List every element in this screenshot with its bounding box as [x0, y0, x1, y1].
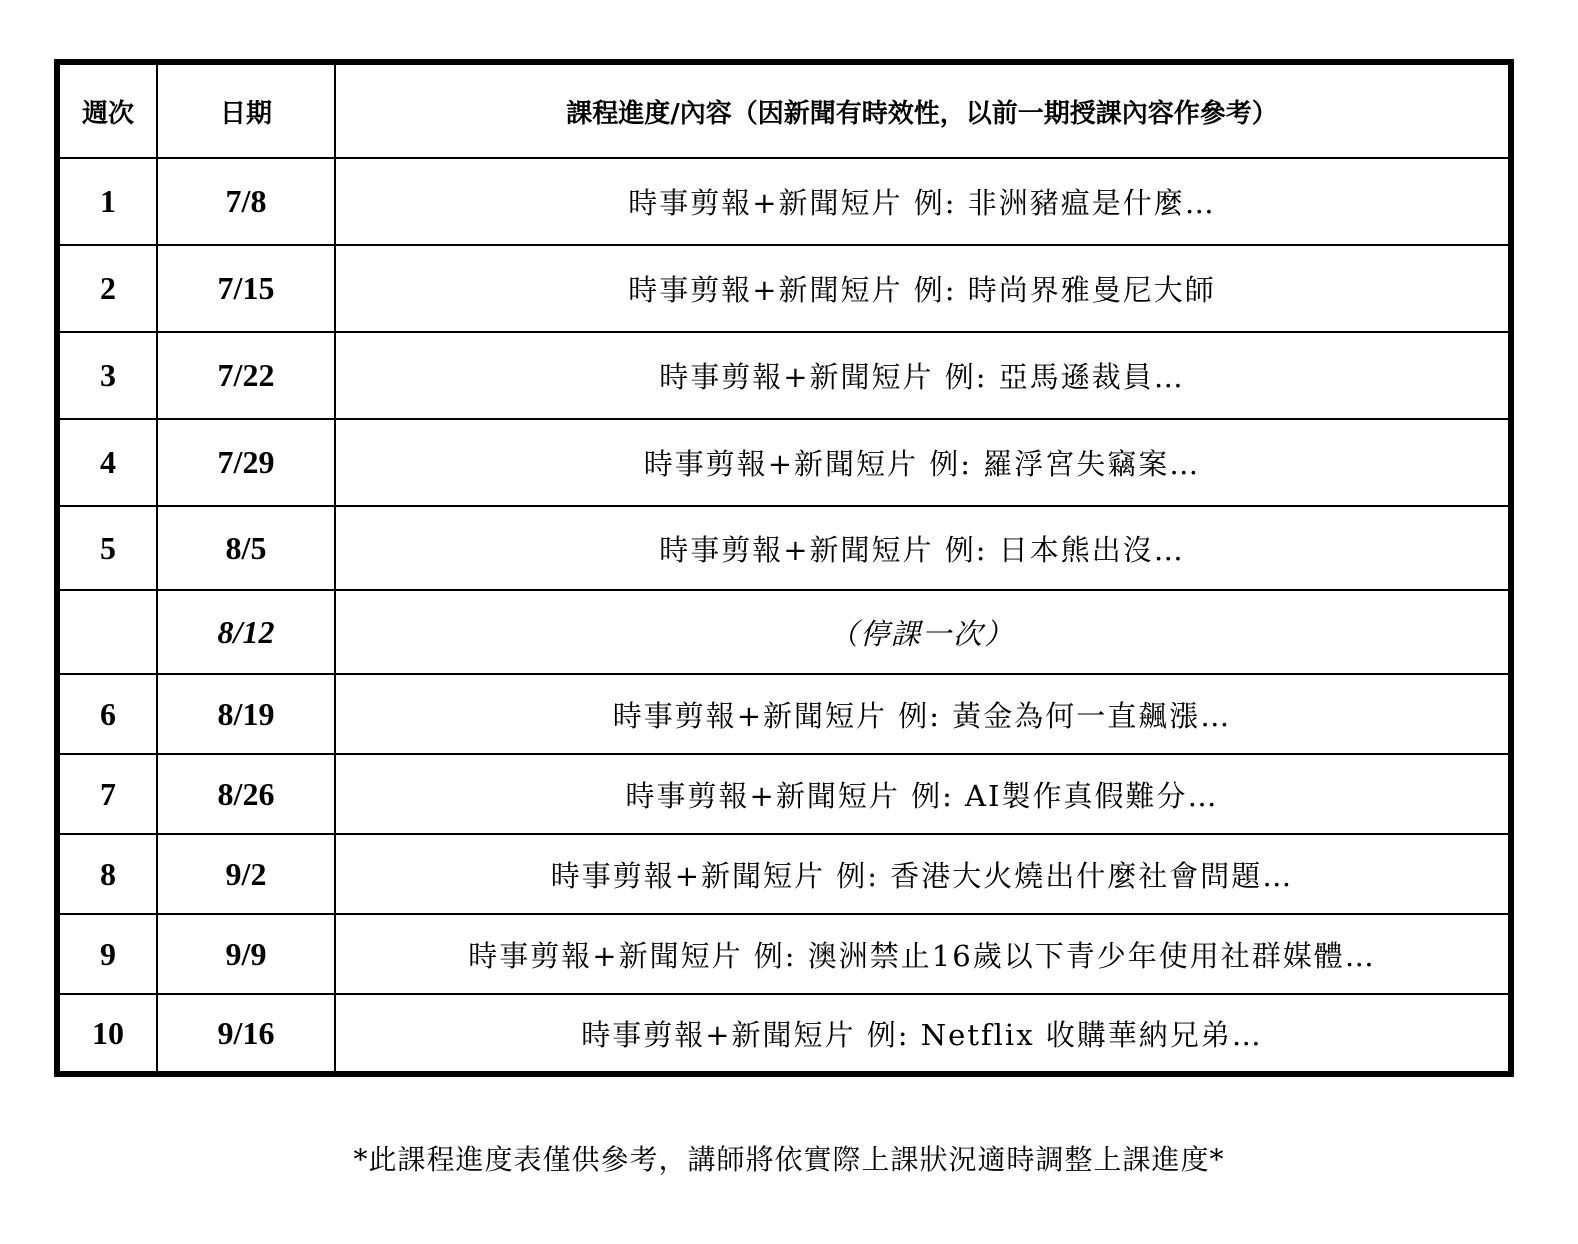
date-cell: 7/15	[157, 245, 335, 332]
header-week: 週次	[57, 62, 157, 158]
content-cell: 時事剪報+新聞短片 例: 非洲豬瘟是什麼…	[335, 158, 1511, 245]
table-row: 9 9/9 時事剪報+新聞短片 例: 澳洲禁止16歲以下青少年使用社群媒體…	[57, 914, 1511, 994]
date-cell: 8/19	[157, 674, 335, 754]
table-row: 7 8/26 時事剪報+新聞短片 例: AI製作真假難分…	[57, 754, 1511, 834]
content-cell: 時事剪報+新聞短片 例: 時尚界雅曼尼大師	[335, 245, 1511, 332]
content-cell: 時事剪報+新聞短片 例: Netflix 收購華納兄弟…	[335, 994, 1511, 1074]
week-cell: 6	[57, 674, 157, 754]
content-cell: 時事剪報+新聞短片 例: 羅浮宮失竊案…	[335, 419, 1511, 506]
content-cell: 時事剪報+新聞短片 例: 澳洲禁止16歲以下青少年使用社群媒體…	[335, 914, 1511, 994]
content-cell: （停課一次）	[335, 590, 1511, 674]
content-cell: 時事剪報+新聞短片 例: AI製作真假難分…	[335, 754, 1511, 834]
content-cell: 時事剪報+新聞短片 例: 香港大火燒出什麼社會問題…	[335, 834, 1511, 914]
date-cell: 8/26	[157, 754, 335, 834]
course-schedule-table: 週次 日期 課程進度/內容（因新聞有時效性，以前一期授課內容作參考） 1 7/8…	[54, 59, 1514, 1077]
date-cell: 7/8	[157, 158, 335, 245]
table-row: 1 7/8 時事剪報+新聞短片 例: 非洲豬瘟是什麼…	[57, 158, 1511, 245]
week-cell: 2	[57, 245, 157, 332]
week-cell: 8	[57, 834, 157, 914]
date-cell: 9/9	[157, 914, 335, 994]
table-row: 10 9/16 時事剪報+新聞短片 例: Netflix 收購華納兄弟…	[57, 994, 1511, 1074]
week-cell: 4	[57, 419, 157, 506]
content-cell: 時事剪報+新聞短片 例: 黃金為何一直飆漲…	[335, 674, 1511, 754]
date-cell: 9/2	[157, 834, 335, 914]
week-cell: 9	[57, 914, 157, 994]
table-row: 8 9/2 時事剪報+新聞短片 例: 香港大火燒出什麼社會問題…	[57, 834, 1511, 914]
content-cell: 時事剪報+新聞短片 例: 日本熊出沒…	[335, 506, 1511, 590]
table-row: 6 8/19 時事剪報+新聞短片 例: 黃金為何一直飆漲…	[57, 674, 1511, 754]
table-row: 3 7/22 時事剪報+新聞短片 例: 亞馬遜裁員…	[57, 332, 1511, 419]
table-row: 5 8/5 時事剪報+新聞短片 例: 日本熊出沒…	[57, 506, 1511, 590]
date-cell: 8/5	[157, 506, 335, 590]
header-row: 週次 日期 課程進度/內容（因新聞有時效性，以前一期授課內容作參考）	[57, 62, 1511, 158]
week-cell: 5	[57, 506, 157, 590]
week-cell: 1	[57, 158, 157, 245]
date-cell: 7/29	[157, 419, 335, 506]
header-content: 課程進度/內容（因新聞有時效性，以前一期授課內容作參考）	[335, 62, 1511, 158]
week-cell: 10	[57, 994, 157, 1074]
table-row: 4 7/29 時事剪報+新聞短片 例: 羅浮宮失竊案…	[57, 419, 1511, 506]
date-cell: 7/22	[157, 332, 335, 419]
date-cell: 8/12	[157, 590, 335, 674]
table-row-cancelled: 8/12 （停課一次）	[57, 590, 1511, 674]
table-row: 2 7/15 時事剪報+新聞短片 例: 時尚界雅曼尼大師	[57, 245, 1511, 332]
date-cell: 9/16	[157, 994, 335, 1074]
header-date: 日期	[157, 62, 335, 158]
week-cell	[57, 590, 157, 674]
week-cell: 7	[57, 754, 157, 834]
week-cell: 3	[57, 332, 157, 419]
content-cell: 時事剪報+新聞短片 例: 亞馬遜裁員…	[335, 332, 1511, 419]
footnote-disclaimer: *此課程進度表僅供參考，講師將依實際上課狀況適時調整上課進度*	[0, 1138, 1578, 1178]
